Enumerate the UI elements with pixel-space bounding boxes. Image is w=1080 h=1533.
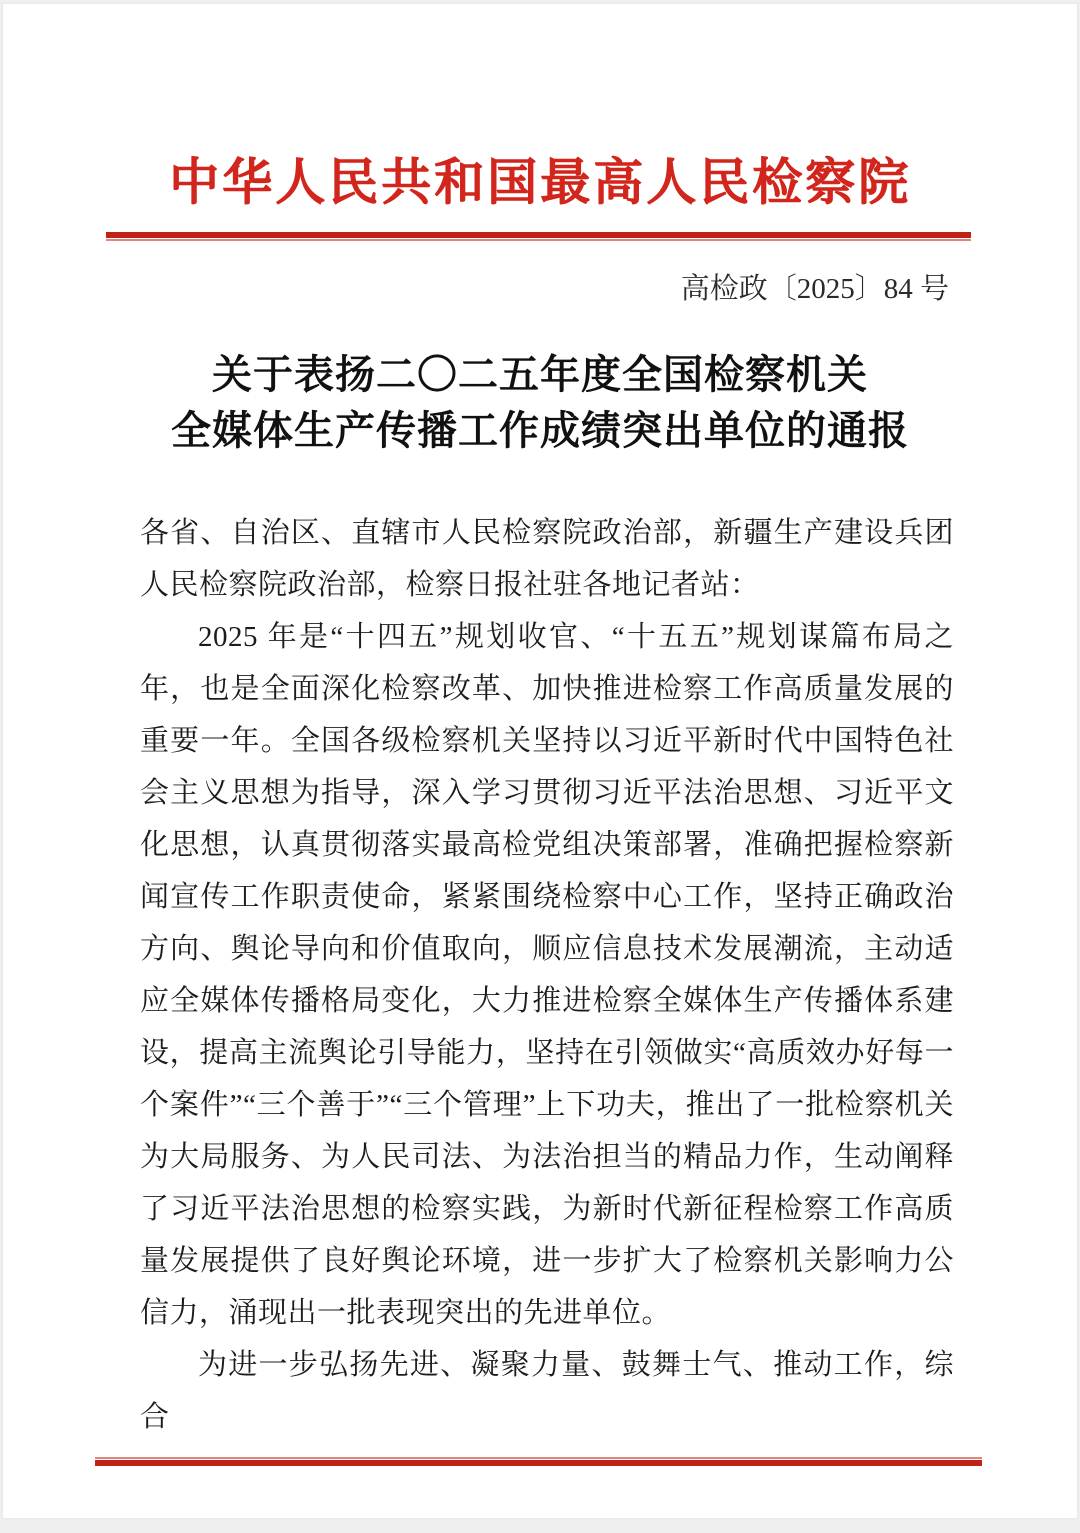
salutation: 各省、自治区、直辖市人民检察院政治部，新疆生产建设兵团人民检察院政治部，检察日报… xyxy=(140,507,954,611)
issuing-org-title: 中华人民共和国最高人民检察院 xyxy=(3,150,1077,214)
notice-title-line1: 关于表扬二〇二五年度全国检察机关 xyxy=(3,347,1077,403)
body-paragraph-2: 为进一步弘扬先进、凝聚力量、鼓舞士气、推动工作，综合 xyxy=(140,1339,954,1443)
red-divider-bottom xyxy=(95,1457,982,1466)
document-number: 高检政〔2025〕84 号 xyxy=(3,269,1077,309)
document-body: 各省、自治区、直辖市人民检察院政治部，新疆生产建设兵团人民检察院政治部，检察日报… xyxy=(140,507,954,1443)
red-divider-top xyxy=(106,232,971,241)
document-page: 中华人民共和国最高人民检察院 高检政〔2025〕84 号 关于表扬二〇二五年度全… xyxy=(3,4,1077,1518)
body-paragraph-1: 2025 年是“十四五”规划收官、“十五五”规划谋篇布局之年，也是全面深化检察改… xyxy=(140,611,954,1339)
red-divider-top-thin-bar xyxy=(106,239,971,241)
red-divider-bottom-thick-bar xyxy=(95,1460,982,1466)
page-backdrop: 中华人民共和国最高人民检察院 高检政〔2025〕84 号 关于表扬二〇二五年度全… xyxy=(0,0,1080,1533)
notice-title-line2: 全媒体生产传播工作成绩突出单位的通报 xyxy=(3,403,1077,459)
notice-title: 关于表扬二〇二五年度全国检察机关 全媒体生产传播工作成绩突出单位的通报 xyxy=(3,347,1077,459)
